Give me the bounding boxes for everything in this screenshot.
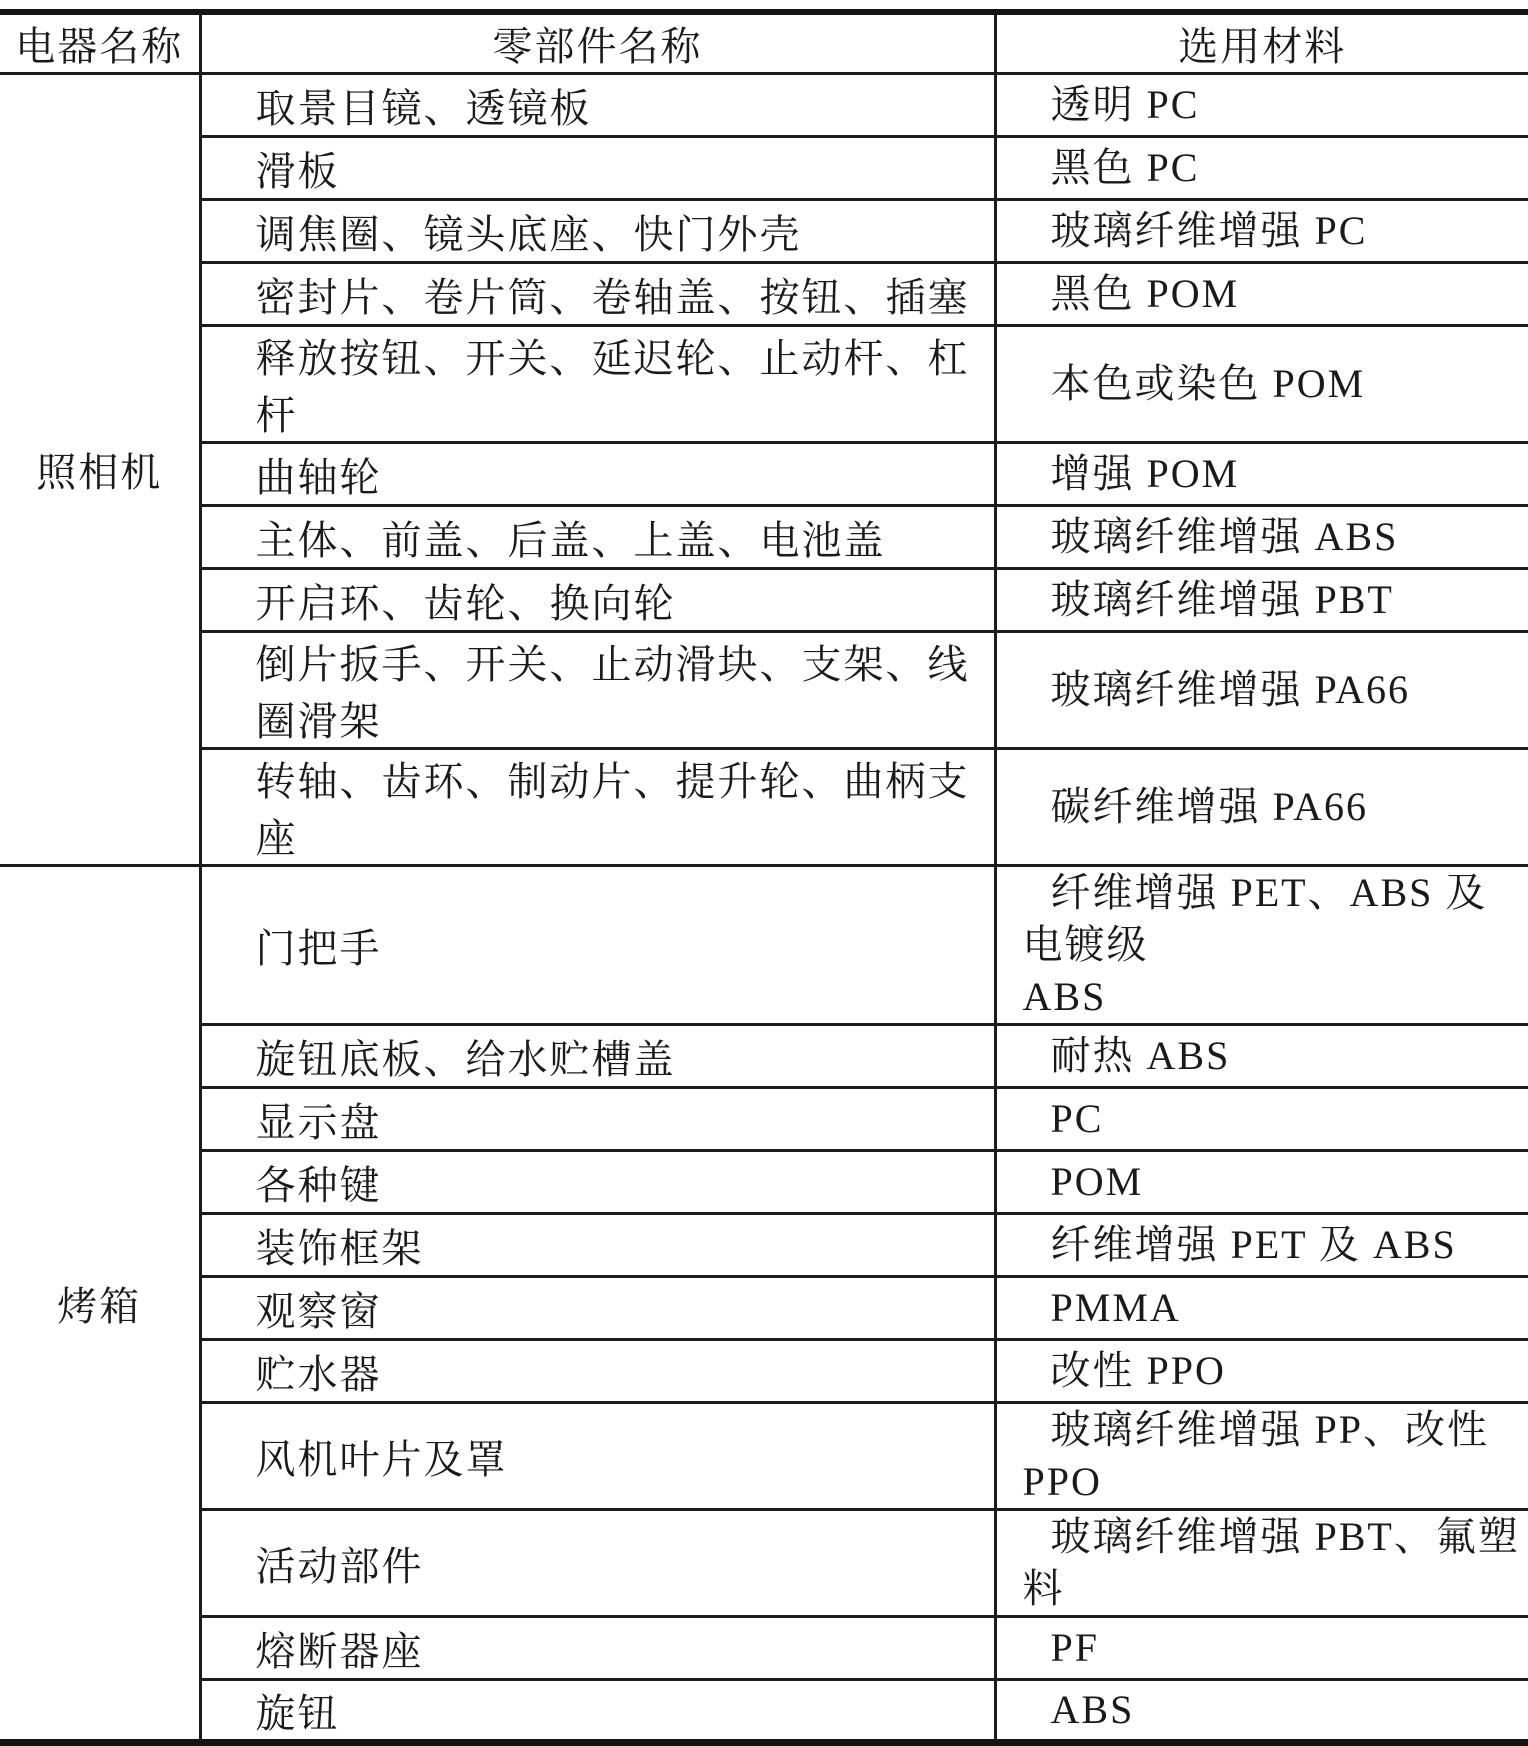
material-cell: 本色或染色 POM xyxy=(995,326,1528,443)
part-cell: 密封片、卷片筒、卷轴盖、按钮、插塞 xyxy=(200,263,995,326)
table-row: 风机叶片及罩玻璃纤维增强 PP、改性 PPO xyxy=(0,1403,1528,1510)
material-cell: 玻璃纤维增强 PA66 xyxy=(995,632,1528,749)
material-cell: 透明 PC xyxy=(995,74,1528,137)
appliance-cell: 照相机 xyxy=(0,74,200,866)
table-row: 曲轴轮增强 POM xyxy=(0,443,1528,506)
part-cell: 各种键 xyxy=(200,1151,995,1214)
table-row: 释放按钮、开关、延迟轮、止动杆、杠杆本色或染色 POM xyxy=(0,326,1528,443)
material-cell: 改性 PPO xyxy=(995,1340,1528,1403)
material-cell: PF xyxy=(995,1617,1528,1680)
table-row: 熔断器座PF xyxy=(0,1617,1528,1680)
part-cell: 倒片扳手、开关、止动滑块、支架、线圈滑架 xyxy=(200,632,995,749)
header-cell-part: 零部件名称 xyxy=(200,12,995,74)
material-cell: 耐热 ABS xyxy=(995,1025,1528,1088)
material-cell: 玻璃纤维增强 ABS xyxy=(995,506,1528,569)
table-row: 显示盘PC xyxy=(0,1088,1528,1151)
table-row: 贮水器改性 PPO xyxy=(0,1340,1528,1403)
table-row: 密封片、卷片筒、卷轴盖、按钮、插塞黑色 POM xyxy=(0,263,1528,326)
header-cell-material: 选用材料 xyxy=(995,12,1528,74)
material-cell: 增强 POM xyxy=(995,443,1528,506)
part-cell: 滑板 xyxy=(200,137,995,200)
material-cell: 黑色 POM xyxy=(995,263,1528,326)
table-row: 滑板黑色 PC xyxy=(0,137,1528,200)
part-cell: 风机叶片及罩 xyxy=(200,1403,995,1510)
table-row: 主体、前盖、后盖、上盖、电池盖玻璃纤维增强 ABS xyxy=(0,506,1528,569)
table-row: 活动部件玻璃纤维增强 PBT、氟塑料 xyxy=(0,1510,1528,1617)
part-cell: 活动部件 xyxy=(200,1510,995,1617)
table-row: 调焦圈、镜头底座、快门外壳玻璃纤维增强 PC xyxy=(0,200,1528,263)
part-cell: 曲轴轮 xyxy=(200,443,995,506)
table-row: 开启环、齿轮、换向轮玻璃纤维增强 PBT xyxy=(0,569,1528,632)
part-cell: 取景目镜、透镜板 xyxy=(200,74,995,137)
material-cell: 玻璃纤维增强 PC xyxy=(995,200,1528,263)
table-row: 装饰框架纤维增强 PET 及 ABS xyxy=(0,1214,1528,1277)
table-row: 转轴、齿环、制动片、提升轮、曲柄支座碳纤维增强 PA66 xyxy=(0,749,1528,866)
material-cell: 玻璃纤维增强 PBT xyxy=(995,569,1528,632)
part-cell: 调焦圈、镜头底座、快门外壳 xyxy=(200,200,995,263)
part-cell: 旋钮底板、给水贮槽盖 xyxy=(200,1025,995,1088)
part-cell: 门把手 xyxy=(200,866,995,1025)
material-cell: 玻璃纤维增强 PP、改性 PPO xyxy=(995,1403,1528,1510)
material-cell: 黑色 PC xyxy=(995,137,1528,200)
table-row: 各种键POM xyxy=(0,1151,1528,1214)
material-cell: PMMA xyxy=(995,1277,1528,1340)
part-cell: 观察窗 xyxy=(200,1277,995,1340)
header-cell-appliance: 电器名称 xyxy=(0,12,200,74)
table-row: 烤箱门把手纤维增强 PET、ABS 及电镀级 ABS xyxy=(0,866,1528,1025)
material-cell: POM xyxy=(995,1151,1528,1214)
part-cell: 主体、前盖、后盖、上盖、电池盖 xyxy=(200,506,995,569)
part-cell: 旋钮 xyxy=(200,1680,995,1743)
material-cell: 纤维增强 PET、ABS 及电镀级 ABS xyxy=(995,866,1528,1025)
material-cell: 碳纤维增强 PA66 xyxy=(995,749,1528,866)
table-row: 旋钮ABS xyxy=(0,1680,1528,1743)
header-row: 电器名称 零部件名称 选用材料 xyxy=(0,12,1528,74)
material-cell: ABS xyxy=(995,1680,1528,1743)
part-cell: 装饰框架 xyxy=(200,1214,995,1277)
table-row: 旋钮底板、给水贮槽盖耐热 ABS xyxy=(0,1025,1528,1088)
material-cell: 纤维增强 PET 及 ABS xyxy=(995,1214,1528,1277)
materials-table: 电器名称 零部件名称 选用材料 照相机取景目镜、透镜板透明 PC滑板黑色 PC调… xyxy=(0,9,1528,1746)
table-row: 观察窗PMMA xyxy=(0,1277,1528,1340)
part-cell: 熔断器座 xyxy=(200,1617,995,1680)
part-cell: 开启环、齿轮、换向轮 xyxy=(200,569,995,632)
table-row: 照相机取景目镜、透镜板透明 PC xyxy=(0,74,1528,137)
material-cell: 玻璃纤维增强 PBT、氟塑料 xyxy=(995,1510,1528,1617)
material-cell: PC xyxy=(995,1088,1528,1151)
part-cell: 释放按钮、开关、延迟轮、止动杆、杠杆 xyxy=(200,326,995,443)
appliance-cell: 烤箱 xyxy=(0,866,200,1743)
table-row: 倒片扳手、开关、止动滑块、支架、线圈滑架玻璃纤维增强 PA66 xyxy=(0,632,1528,749)
part-cell: 转轴、齿环、制动片、提升轮、曲柄支座 xyxy=(200,749,995,866)
part-cell: 显示盘 xyxy=(200,1088,995,1151)
part-cell: 贮水器 xyxy=(200,1340,995,1403)
